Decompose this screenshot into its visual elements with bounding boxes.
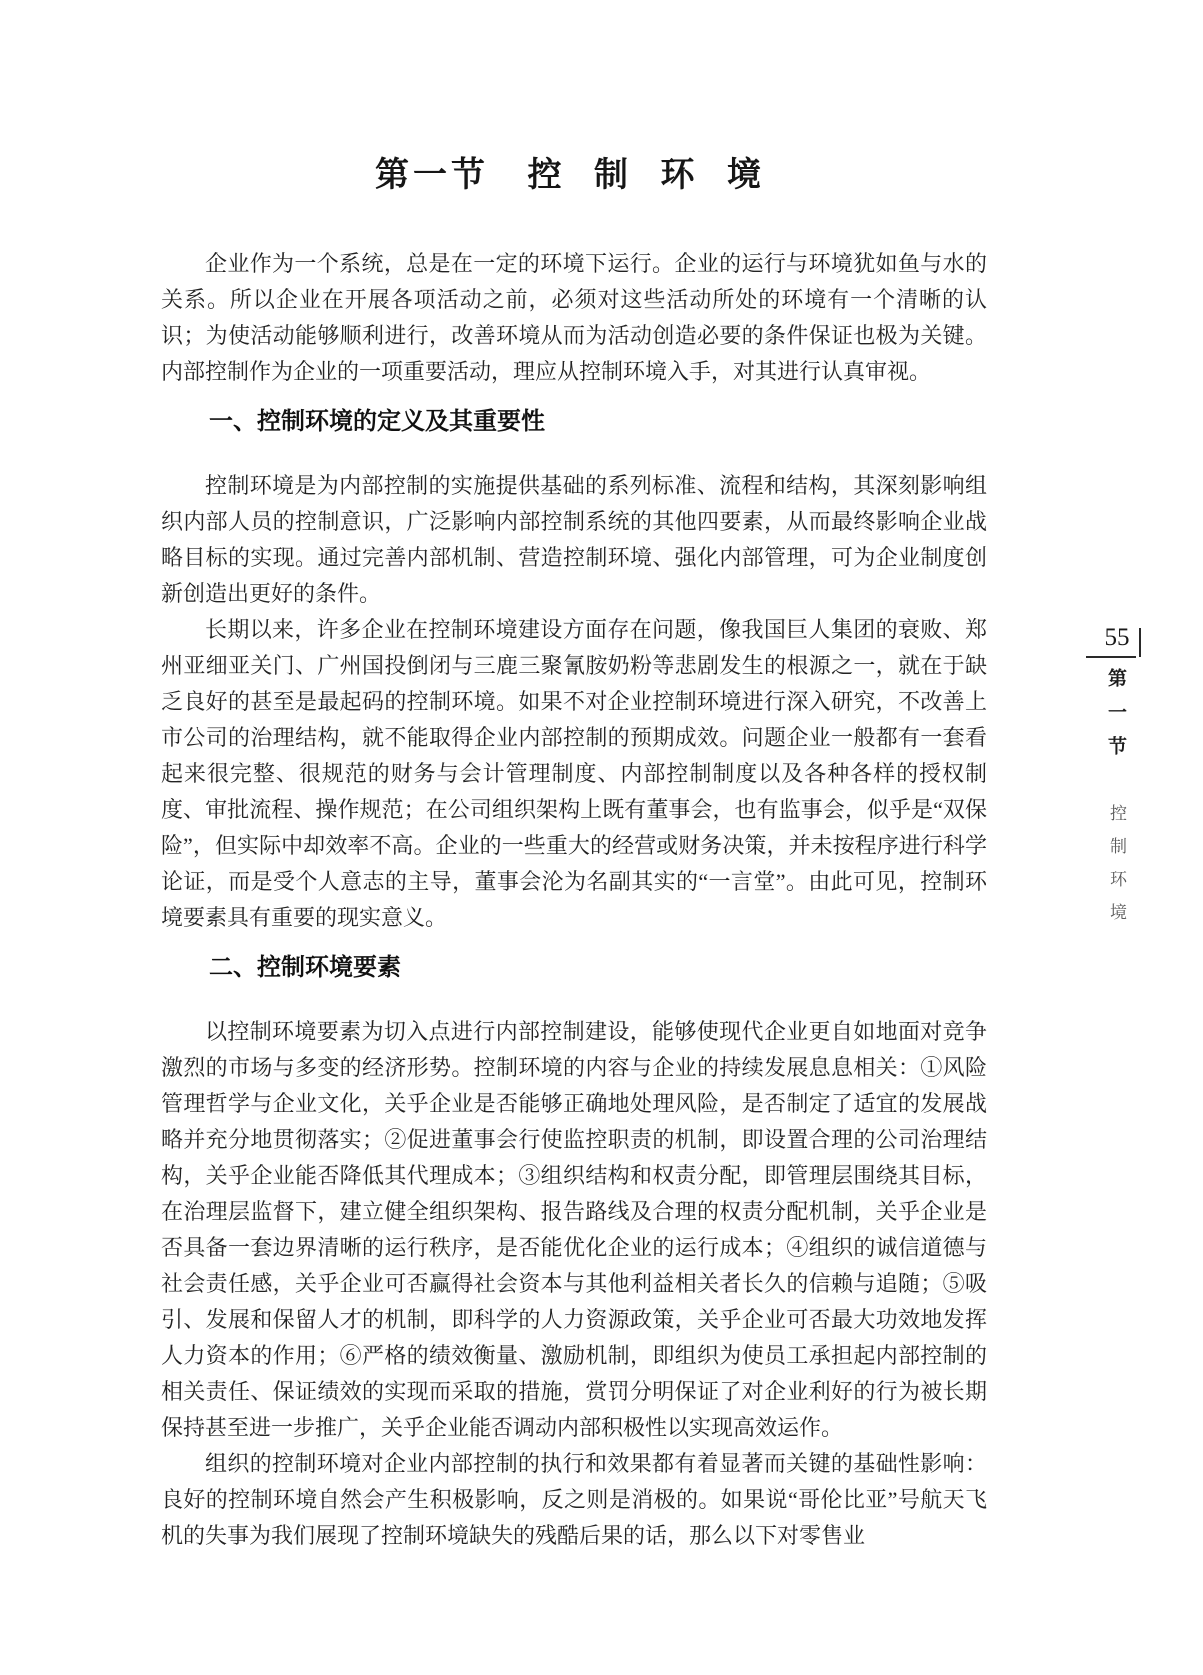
page-number-underline — [1086, 656, 1136, 658]
margin-chapter-label: 控制环境 — [1104, 804, 1129, 936]
page-title-section-name: 控 制 环 境 — [528, 157, 774, 194]
heading-definition-importance: 一、控制环境的定义及其重要性 — [161, 402, 987, 442]
page-title-section-number: 第一节 — [375, 157, 489, 194]
page-number-tick-line — [1139, 628, 1141, 657]
paragraph-intro: 企业作为一个系统，总是在一定的环境下运行。企业的运行与环境犹如鱼与水的关系。所以… — [161, 246, 987, 390]
paragraph-impact: 组织的控制环境对企业内部控制的执行和效果都有着显著而关键的基础性影响：良好的控制… — [161, 1446, 987, 1554]
heading-elements: 二、控制环境要素 — [161, 948, 987, 988]
paragraph-problems: 长期以来，许多企业在控制环境建设方面存在问题，像我国巨人集团的衰败、郑州亚细亚关… — [161, 612, 987, 936]
text-column: 第一节 控 制 环 境 企业作为一个系统，总是在一定的环境下运行。企业的运行与环… — [161, 152, 987, 1554]
page-title: 第一节 控 制 环 境 — [161, 152, 987, 200]
paragraph-elements-list: 以控制环境要素为切入点进行内部控制建设，能够使现代企业更自如地面对竞争激烈的市场… — [161, 1014, 987, 1446]
paragraph-definition: 控制环境是为内部控制的实施提供基础的系列标准、流程和结构，其深刻影响组织内部人员… — [161, 468, 987, 612]
page-number: 55 — [1096, 623, 1138, 653]
book-page: 第一节 控 制 环 境 企业作为一个系统，总是在一定的环境下运行。企业的运行与环… — [0, 0, 1203, 1675]
margin-section-label: 第一节 — [1102, 668, 1129, 770]
